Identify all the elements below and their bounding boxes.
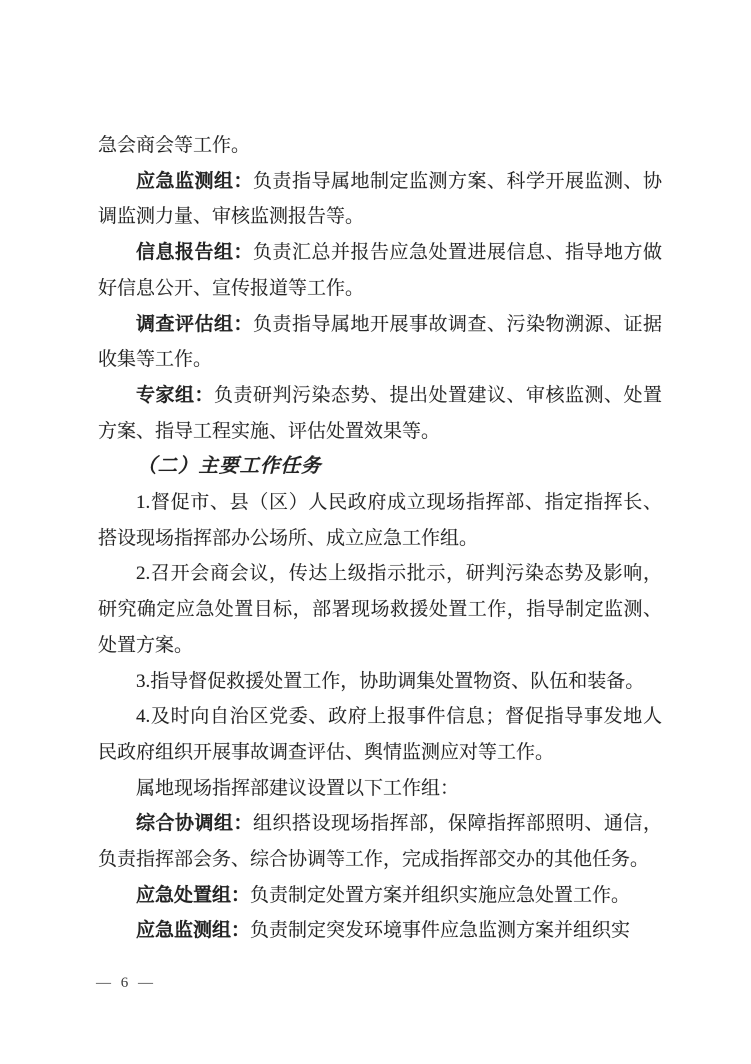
- paragraph-continuation: 急会商会等工作。: [98, 128, 662, 164]
- paragraph-task-2: 2.召开会商会议，传达上级指示批示，研判污染态势及影响，研究确定应急处置目标，部…: [98, 556, 662, 663]
- paragraph-text: 负责制定突发环境事件应急监测方案并组织实: [250, 920, 630, 941]
- paragraph-task-3: 3.指导督促救援处置工作，协助调集处置物资、队伍和装备。: [98, 664, 662, 700]
- paragraph-text: 1.督促市、县（区）人民政府成立现场指挥部、指定指挥长、搭设现场指挥部办公场所、…: [98, 492, 662, 549]
- group-label: 综合协调组：: [136, 813, 253, 834]
- paragraph-text: 3.指导督促救援处置工作，协助调集处置物资、队伍和装备。: [136, 671, 644, 692]
- group-label: 应急监测组：: [136, 171, 253, 192]
- paragraph-group-investigation: 调查评估组：负责指导属地开展事故调查、污染物溯源、证据收集等工作。: [98, 307, 662, 378]
- paragraph-text: 负责制定处置方案并组织实施应急处置工作。: [250, 885, 630, 906]
- paragraph-task-4: 4.及时向自治区党委、政府上报事件信息；督促指导事发地人民政府组织开展事故调查评…: [98, 699, 662, 770]
- paragraph-group-coordination: 综合协调组：组织搭设现场指挥部，保障指挥部照明、通信，负责指挥部会务、综合协调等…: [98, 806, 662, 877]
- paragraph-text: 急会商会等工作。: [98, 135, 250, 156]
- paragraph-text: 4.及时向自治区党委、政府上报事件信息；督促指导事发地人民政府组织开展事故调查评…: [98, 706, 662, 763]
- paragraph-text: 2.召开会商会议，传达上级指示批示，研判污染态势及影响，研究确定应急处置目标，部…: [98, 563, 662, 655]
- group-label: 调查评估组：: [136, 314, 253, 335]
- paragraph-group-experts: 专家组：负责研判污染态势、提出处置建议、审核监测、处置方案、指导工程实施、评估处…: [98, 378, 662, 449]
- document-page: 急会商会等工作。 应急监测组：负责指导属地制定监测方案、科学开展监测、协调监测力…: [0, 0, 751, 1064]
- paragraph-group-monitoring: 应急监测组：负责指导属地制定监测方案、科学开展监测、协调监测力量、审核监测报告等…: [98, 164, 662, 235]
- paragraph-group-disposal: 应急处置组：负责制定处置方案并组织实施应急处置工作。: [98, 878, 662, 914]
- group-label: 应急监测组：: [136, 920, 250, 941]
- page-footer: — 6 —: [96, 975, 156, 992]
- paragraph-group-monitoring-local: 应急监测组：负责制定突发环境事件应急监测方案并组织实: [98, 913, 662, 949]
- paragraph-text: 属地现场指挥部建议设置以下工作组：: [136, 778, 459, 799]
- paragraph-task-1: 1.督促市、县（区）人民政府成立现场指挥部、指定指挥长、搭设现场指挥部办公场所、…: [98, 485, 662, 556]
- section-heading: （二）主要工作任务: [98, 449, 662, 485]
- paragraph-group-information: 信息报告组：负责汇总并报告应急处置进展信息、指导地方做好信息公开、宣传报道等工作…: [98, 235, 662, 306]
- group-label: 专家组：: [136, 385, 214, 406]
- paragraph-workgroup-intro: 属地现场指挥部建议设置以下工作组：: [98, 771, 662, 807]
- page-number: — 6 —: [96, 975, 156, 991]
- group-label: 应急处置组：: [136, 885, 250, 906]
- document-body: 急会商会等工作。 应急监测组：负责指导属地制定监测方案、科学开展监测、协调监测力…: [98, 128, 662, 949]
- group-label: 信息报告组：: [136, 242, 253, 263]
